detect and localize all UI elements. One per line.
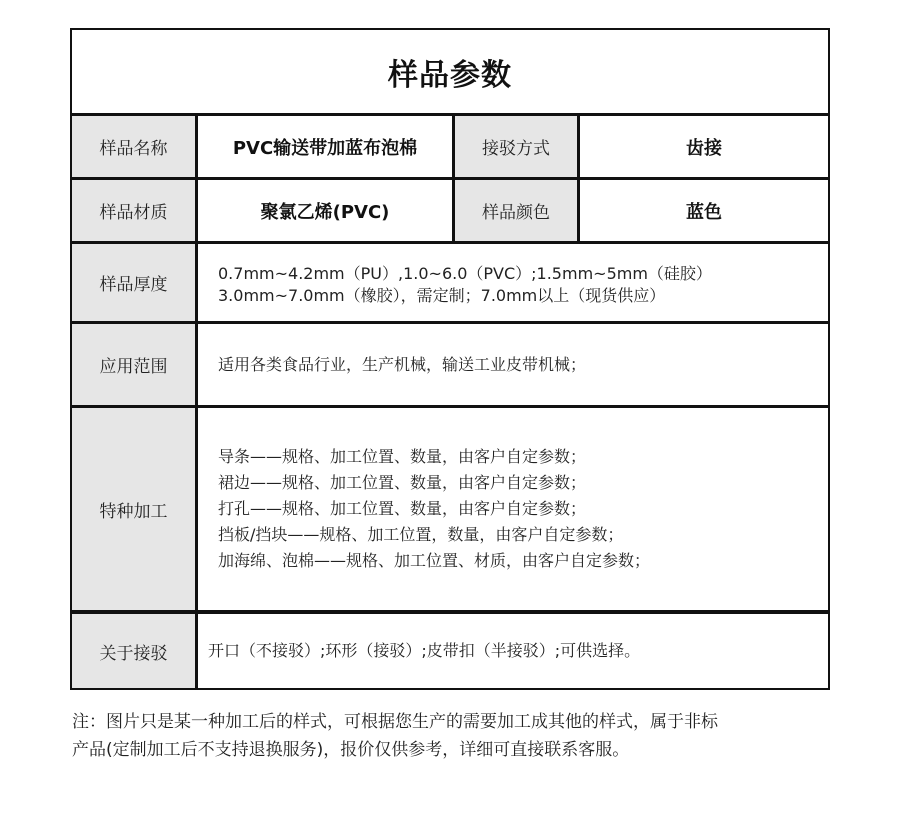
value-sample-color: 蓝色 — [580, 180, 828, 241]
value-special-processing: 导条——规格、加工位置、数量，由客户自定参数； 裙边——规格、加工位置、数量，由… — [198, 408, 828, 610]
value-joining-method: 齿接 — [580, 116, 828, 177]
row-sample-name: 样品名称 PVC输送带加蓝布泡棉 接驳方式 齿接 — [72, 113, 828, 177]
processing-line: 加海绵、泡棉——规格、加工位置、材质，由客户自定参数； — [218, 548, 650, 574]
label-joining: 关于接驳 — [72, 614, 198, 688]
value-sample-name: PVC输送带加蓝布泡棉 — [198, 116, 455, 177]
value-thickness: 0.7mm~4.2mm（PU）,1.0~6.0（PVC）;1.5mm~5mm（硅… — [198, 244, 828, 321]
row-joining: 关于接驳 开口（不接驳）;环形（接驳）;皮带扣（半接驳）;可供选择。 — [72, 610, 828, 688]
label-application: 应用范围 — [72, 324, 198, 405]
processing-line: 挡板/挡块——规格、加工位置，数量，由客户自定参数； — [218, 522, 623, 548]
label-sample-name: 样品名称 — [72, 116, 198, 177]
thickness-line: 3.0mm~7.0mm（橡胶），需定制；7.0mm以上（现货供应） — [218, 287, 665, 305]
sample-parameters-table: 样品参数 样品名称 PVC输送带加蓝布泡棉 接驳方式 齿接 样品材质 聚氯乙烯(… — [70, 28, 830, 690]
table-title: 样品参数 — [72, 30, 828, 113]
row-special-processing: 特种加工 导条——规格、加工位置、数量，由客户自定参数； 裙边——规格、加工位置… — [72, 405, 828, 610]
label-thickness: 样品厚度 — [72, 244, 198, 321]
footnote: 注：图片只是某一种加工后的样式，可根据您生产的需要加工成其他的样式，属于非标 产… — [72, 708, 832, 764]
processing-line: 打孔——规格、加工位置、数量，由客户自定参数； — [218, 496, 586, 522]
value-application: 适用各类食品行业，生产机械，输送工业皮带机械； — [198, 324, 828, 405]
thickness-line: 0.7mm~4.2mm（PU）,1.0~6.0（PVC）;1.5mm~5mm（硅… — [218, 261, 712, 287]
footnote-line-2: 产品(定制加工后不支持退换服务)，报价仅供参考，详细可直接联系客服。 — [72, 736, 832, 764]
footnote-line-1: 注：图片只是某一种加工后的样式，可根据您生产的需要加工成其他的样式，属于非标 — [72, 708, 832, 736]
row-application: 应用范围 适用各类食品行业，生产机械，输送工业皮带机械； — [72, 321, 828, 405]
processing-line: 导条——规格、加工位置、数量，由客户自定参数； — [218, 444, 586, 470]
label-special-processing: 特种加工 — [72, 408, 198, 610]
row-sample-material: 样品材质 聚氯乙烯(PVC) 样品颜色 蓝色 — [72, 177, 828, 241]
label-sample-color: 样品颜色 — [455, 180, 580, 241]
row-thickness: 样品厚度 0.7mm~4.2mm（PU）,1.0~6.0（PVC）;1.5mm~… — [72, 241, 828, 321]
value-joining: 开口（不接驳）;环形（接驳）;皮带扣（半接驳）;可供选择。 — [198, 614, 828, 688]
value-sample-material: 聚氯乙烯(PVC) — [198, 180, 455, 241]
processing-line: 裙边——规格、加工位置、数量，由客户自定参数； — [218, 470, 586, 496]
label-joining-method: 接驳方式 — [455, 116, 580, 177]
label-sample-material: 样品材质 — [72, 180, 198, 241]
